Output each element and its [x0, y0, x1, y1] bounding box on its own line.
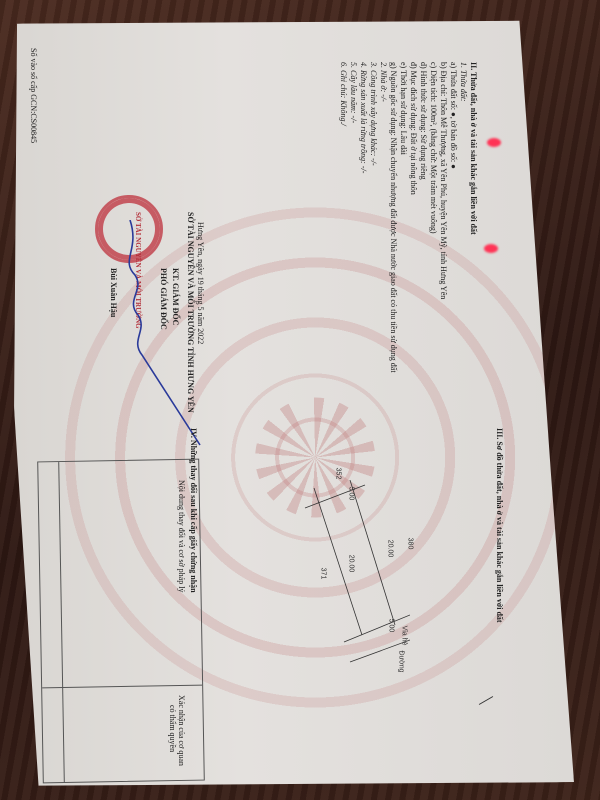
section-2-item: e) Thời hạn sử dụng: Lâu dài [398, 62, 408, 373]
neighbor-parcel-number: 352 [334, 468, 341, 480]
neighbor-parcel-number: 380 [406, 538, 413, 550]
changes-column-authority: Xác nhận của cơ quan [176, 695, 186, 766]
plot-side-length: 5.00 [347, 487, 354, 501]
handwritten-signature [100, 220, 210, 450]
section-3-heading: III. Sơ đồ thửa đất, nhà ở và tài sản kh… [494, 428, 504, 623]
section-2-item: 3. Công trình xây dựng khác: -/- [368, 62, 378, 373]
plot-side-length: 20.00 [386, 540, 393, 558]
section-2-item: c) Diện tích: 100m², (bằng chữ: Một trăm… [428, 62, 438, 373]
section-2-item: 1. Thửa đất: [458, 62, 468, 373]
plot-side-length: 5.00 [387, 619, 394, 633]
section-2-item: d) Hình thức sử dụng: Sử dụng riêng [418, 62, 428, 373]
section-2-item: a) Thửa đất số: ●, tờ bản đồ số: ● [448, 62, 458, 373]
table-divider [58, 462, 65, 782]
certificate-serial-number: Số vào sổ cấp GCN:CS00845 [28, 48, 38, 143]
section-2-item: 6. Ghi chú: Không./ [338, 62, 348, 373]
section-2-heading: II. Thửa đất, nhà ở và tài sản khác gắn … [468, 62, 478, 373]
road-label: Đường [398, 650, 405, 672]
neighbor-parcel-number: 371 [319, 568, 326, 580]
sidewalk-label: Vỉa hè [400, 626, 407, 646]
plot-diagram [300, 480, 410, 680]
section-2-block: II. Thửa đất, nhà ở và tài sản khác gắn … [338, 62, 478, 373]
section-2-item: 2. Nhà ở: -/- [378, 62, 388, 373]
plot-side-length: 20.00 [347, 555, 354, 573]
section-4-heading: IV. Những thay đổi sau khi cấp giấy chứn… [188, 428, 198, 593]
section-2-item: 5. Cây lâu năm: -/- [348, 62, 358, 373]
section-2-item: 4. Rừng sản xuất là rừng trồng: -/- [358, 62, 368, 373]
changes-column-content: Nội dung thay đổi và cơ sở pháp lý [176, 480, 186, 592]
section-2-item: đ) Mục đích sử dụng: Đất ở tại nông thôn [408, 62, 418, 373]
section-2-item: b) Địa chỉ: Thôn Mễ Thượng, xã Yên Phú, … [438, 62, 448, 373]
redaction-mark [484, 244, 498, 253]
redaction-mark [487, 138, 501, 147]
table-divider [42, 685, 202, 689]
changes-column-authority: có thẩm quyền [167, 705, 177, 752]
section-2-item: g) Nguồn gốc sử dụng: Nhận chuyển nhượng… [388, 62, 398, 373]
